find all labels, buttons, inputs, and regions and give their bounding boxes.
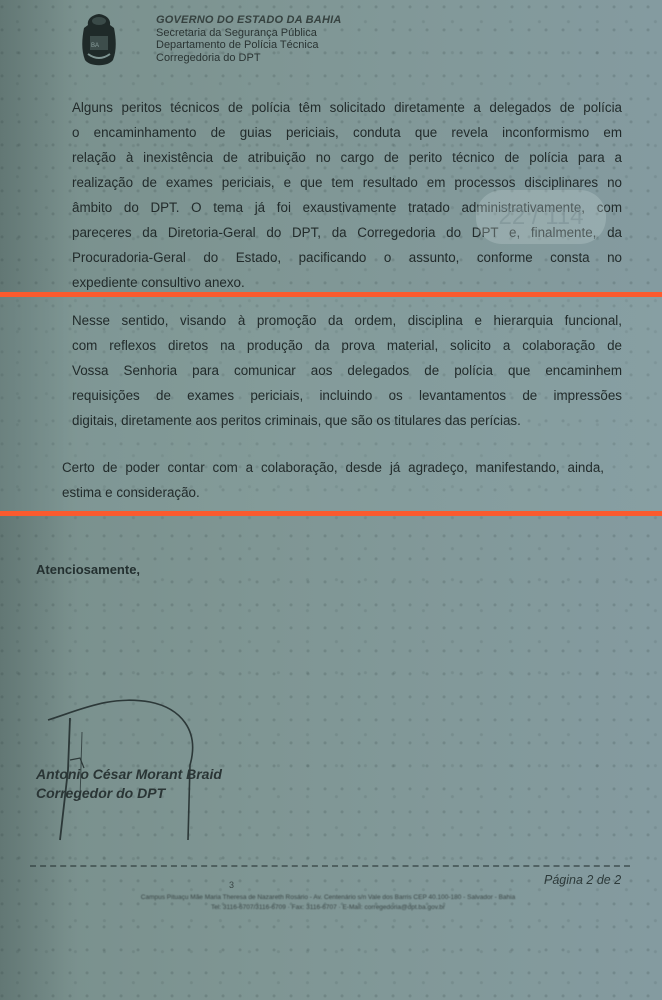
paragraph-line: Vossa Senhoria para comunicar aos delega…	[72, 358, 622, 383]
paragraph-line: Nesse sentido, visando à promoção da ord…	[72, 308, 622, 333]
closing-salutation: Atenciosamente,	[36, 562, 140, 577]
letterhead-office: Corregedoria do DPT	[156, 52, 342, 65]
paragraph-line: requisições de exames periciais, incluin…	[72, 383, 622, 408]
footer-contact-line: Tel: 3116-6707/3116-6709 · Fax: 3116-670…	[88, 903, 568, 913]
paragraph-3: Certo de poder contar com a colaboração,…	[62, 455, 604, 505]
signatory-name: Antonio César Morant Braid	[36, 765, 222, 784]
letterhead-government: GOVERNO DO ESTADO DA BAHIA	[156, 14, 342, 27]
signatory-title: Corregedor do DPT	[36, 784, 222, 803]
paragraph-line: relação à inexistência de atribuição no …	[72, 145, 622, 170]
paragraph-line: digitais, diretamente aos peritos crimin…	[72, 408, 622, 433]
paragraph-line: estima e consideração.	[62, 480, 604, 505]
letterhead-secretariat: Secretaria da Segurança Pública	[156, 27, 342, 40]
page-indicator: 22 / 114	[476, 190, 606, 244]
footer-mark: 3	[229, 880, 234, 890]
highlight-bottom-line	[0, 511, 662, 516]
letterhead: GOVERNO DO ESTADO DA BAHIA Secretaria da…	[156, 14, 342, 64]
paragraph-2: Nesse sentido, visando à promoção da ord…	[72, 308, 622, 433]
signatory: Antonio César Morant Braid Corregedor do…	[36, 765, 222, 803]
page-number: Página 2 de 2	[544, 873, 621, 887]
paragraph-line: com reflexos diretos na produção da prov…	[72, 333, 622, 358]
footer-address: Campus Pituaçu Mãe Maria Theresa de Naza…	[88, 893, 568, 913]
footer-address-line: Campus Pituaçu Mãe Maria Theresa de Naza…	[88, 893, 568, 903]
paragraph-line: Procuradoria-Geral do Estado, pacificand…	[72, 245, 622, 270]
svg-text:BA: BA	[91, 43, 99, 49]
bahia-coat-of-arms-icon: BA	[76, 12, 122, 70]
paragraph-line: Certo de poder contar com a colaboração,…	[62, 455, 604, 480]
paragraph-line: Alguns peritos técnicos de polícia têm s…	[72, 95, 622, 120]
letterhead-department: Departamento de Polícia Técnica	[156, 39, 342, 52]
highlight-top-line	[0, 292, 662, 297]
paragraph-line: o encaminhamento de guias periciais, con…	[72, 120, 622, 145]
footer-divider	[30, 865, 630, 867]
